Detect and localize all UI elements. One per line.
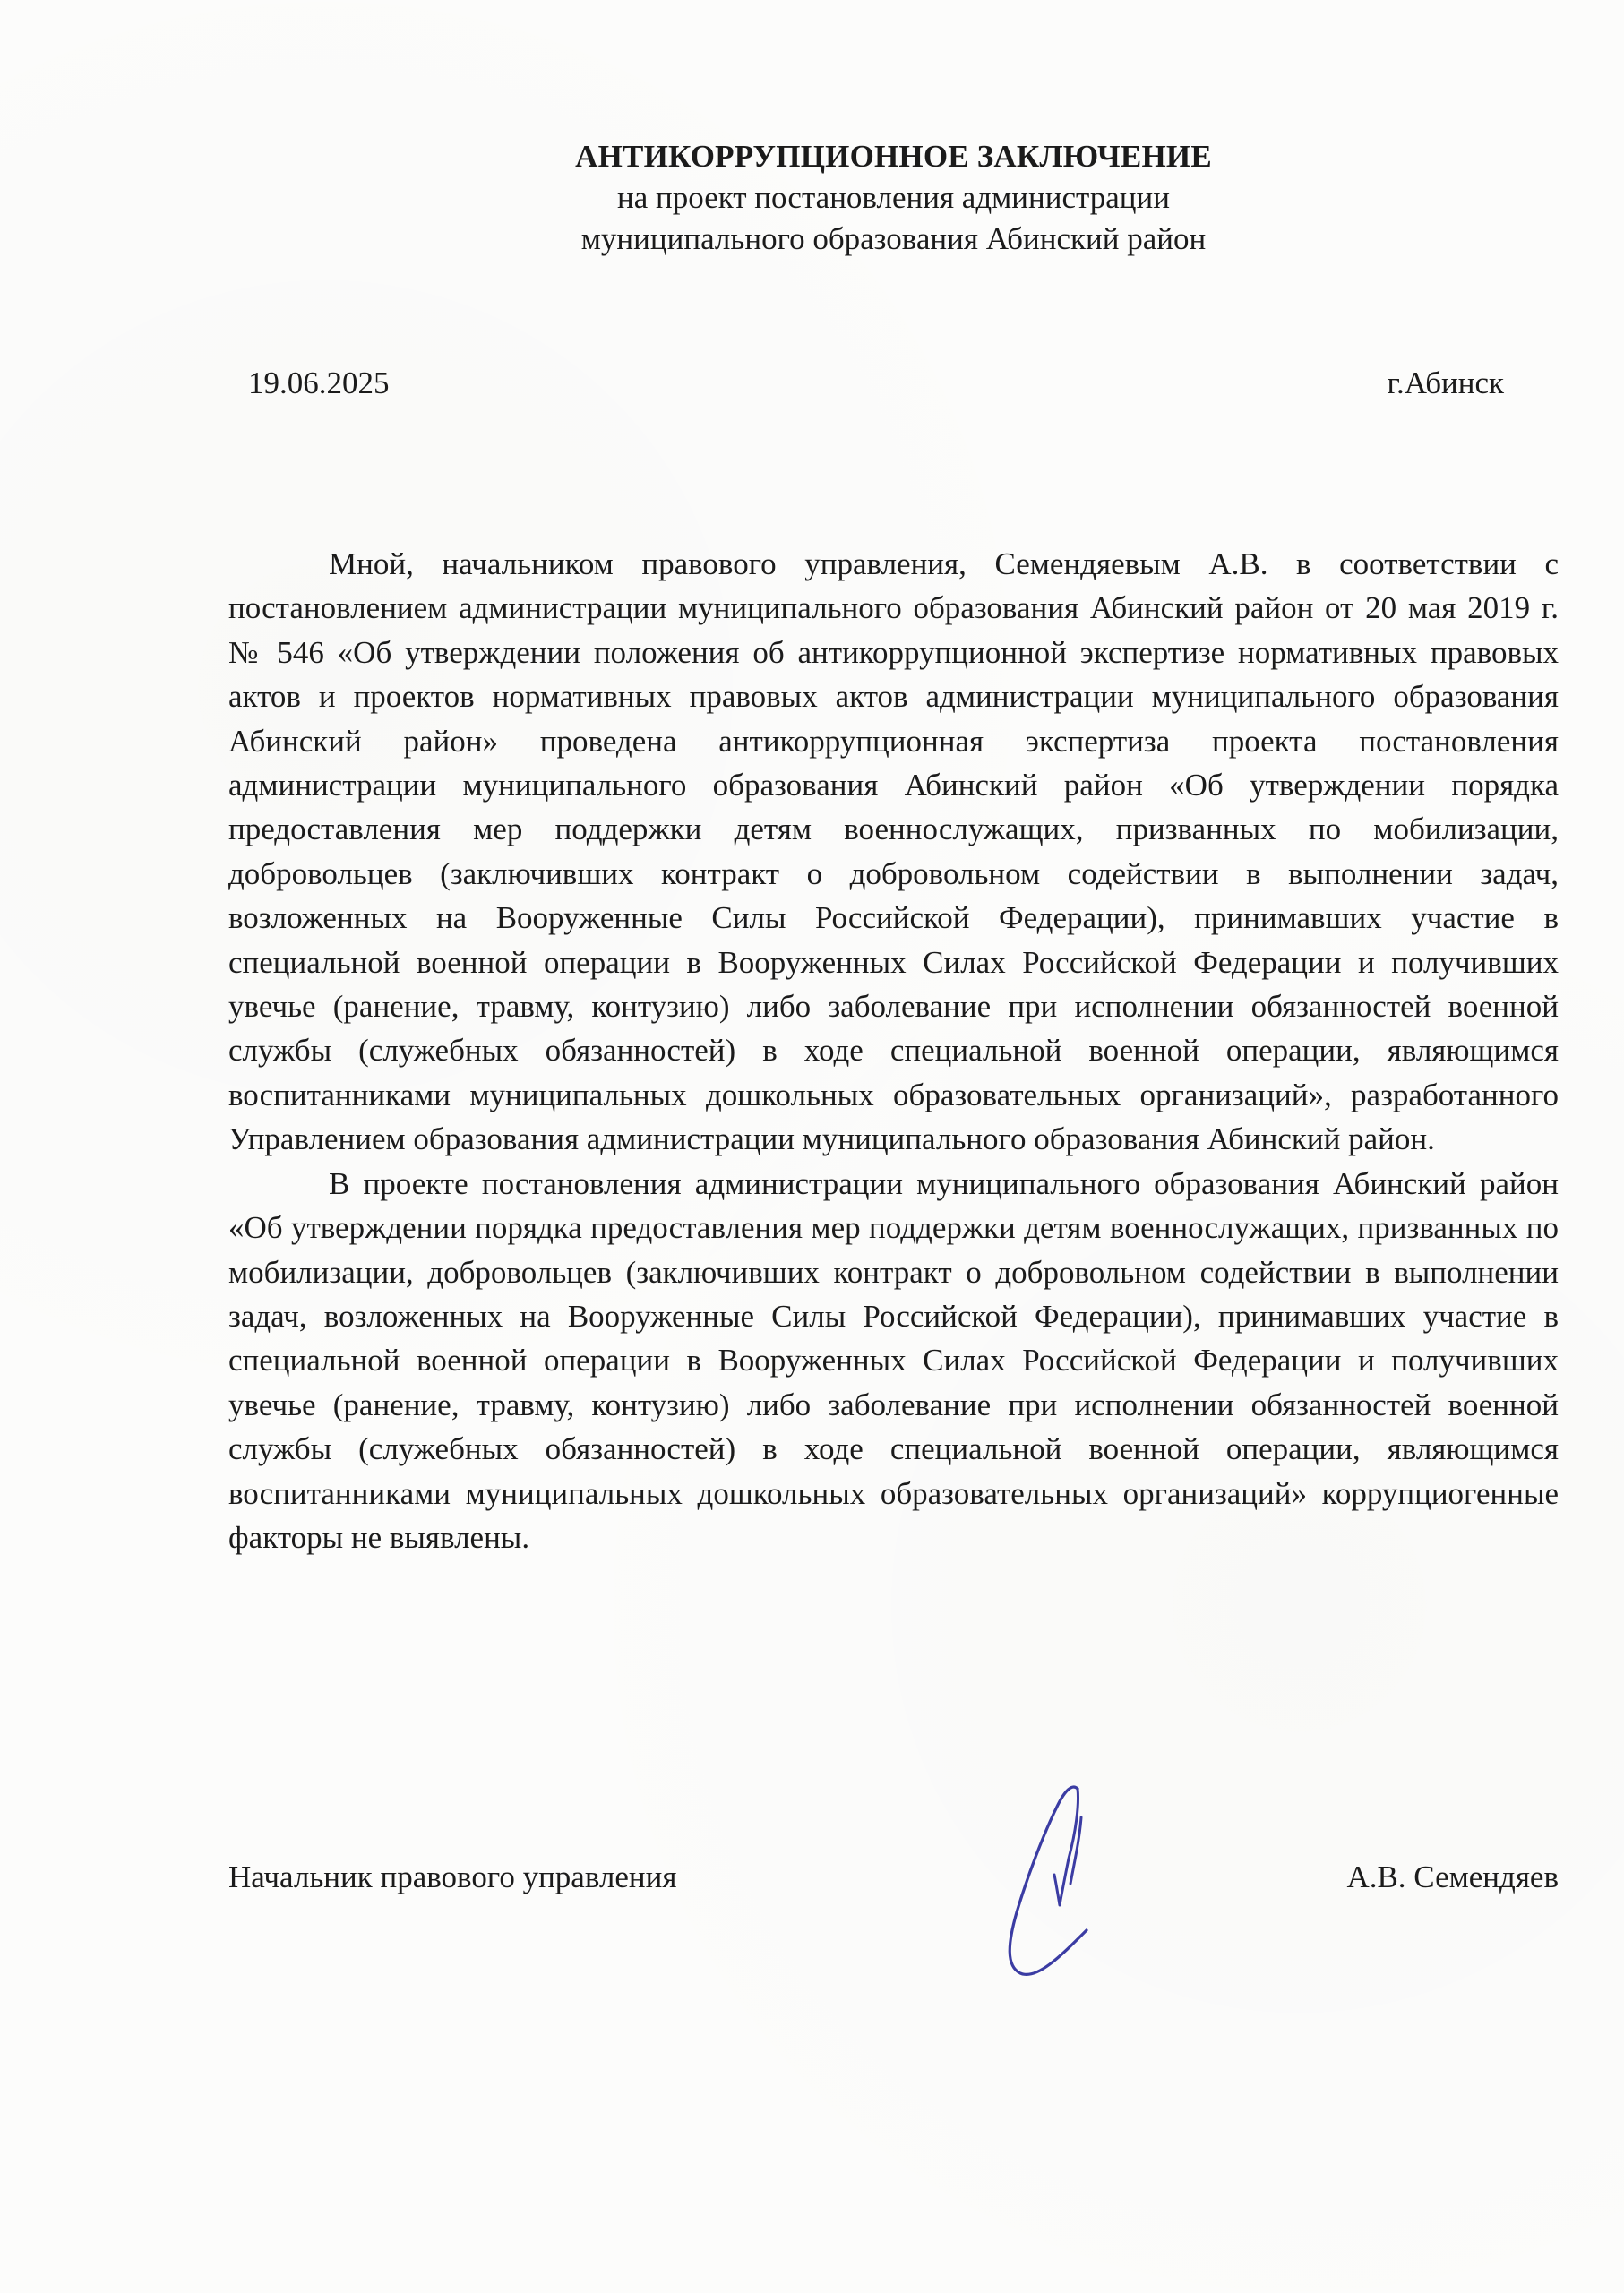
body-paragraph-2: В проекте постановления администрации му… bbox=[228, 1162, 1559, 1560]
document-date: 19.06.2025 bbox=[248, 363, 390, 404]
document-body: Мной, начальником правового управления, … bbox=[228, 542, 1559, 1559]
signatory-position: Начальник правового управления bbox=[228, 1857, 676, 1898]
handwritten-signature-icon bbox=[990, 1778, 1124, 1984]
signature-row: Начальник правового управления А.В. Семе… bbox=[228, 1857, 1559, 1898]
document-subtitle-line-2: муниципального образования Абинский райо… bbox=[228, 219, 1559, 260]
document-title: АНТИКОРРУПЦИОННОЕ ЗАКЛЮЧЕНИЕ bbox=[228, 136, 1559, 177]
body-paragraph-1: Мной, начальником правового управления, … bbox=[228, 542, 1559, 1162]
document-header: АНТИКОРРУПЦИОННОЕ ЗАКЛЮЧЕНИЕ на проект п… bbox=[228, 136, 1559, 260]
document-page: АНТИКОРРУПЦИОННОЕ ЗАКЛЮЧЕНИЕ на проект п… bbox=[0, 0, 1624, 2293]
signatory-name: А.В. Семендяев bbox=[1346, 1857, 1559, 1898]
document-subtitle-line-1: на проект постановления администрации bbox=[228, 177, 1559, 219]
document-city: г.Абинск bbox=[1388, 363, 1504, 404]
date-place-row: 19.06.2025 г.Абинск bbox=[248, 363, 1504, 404]
